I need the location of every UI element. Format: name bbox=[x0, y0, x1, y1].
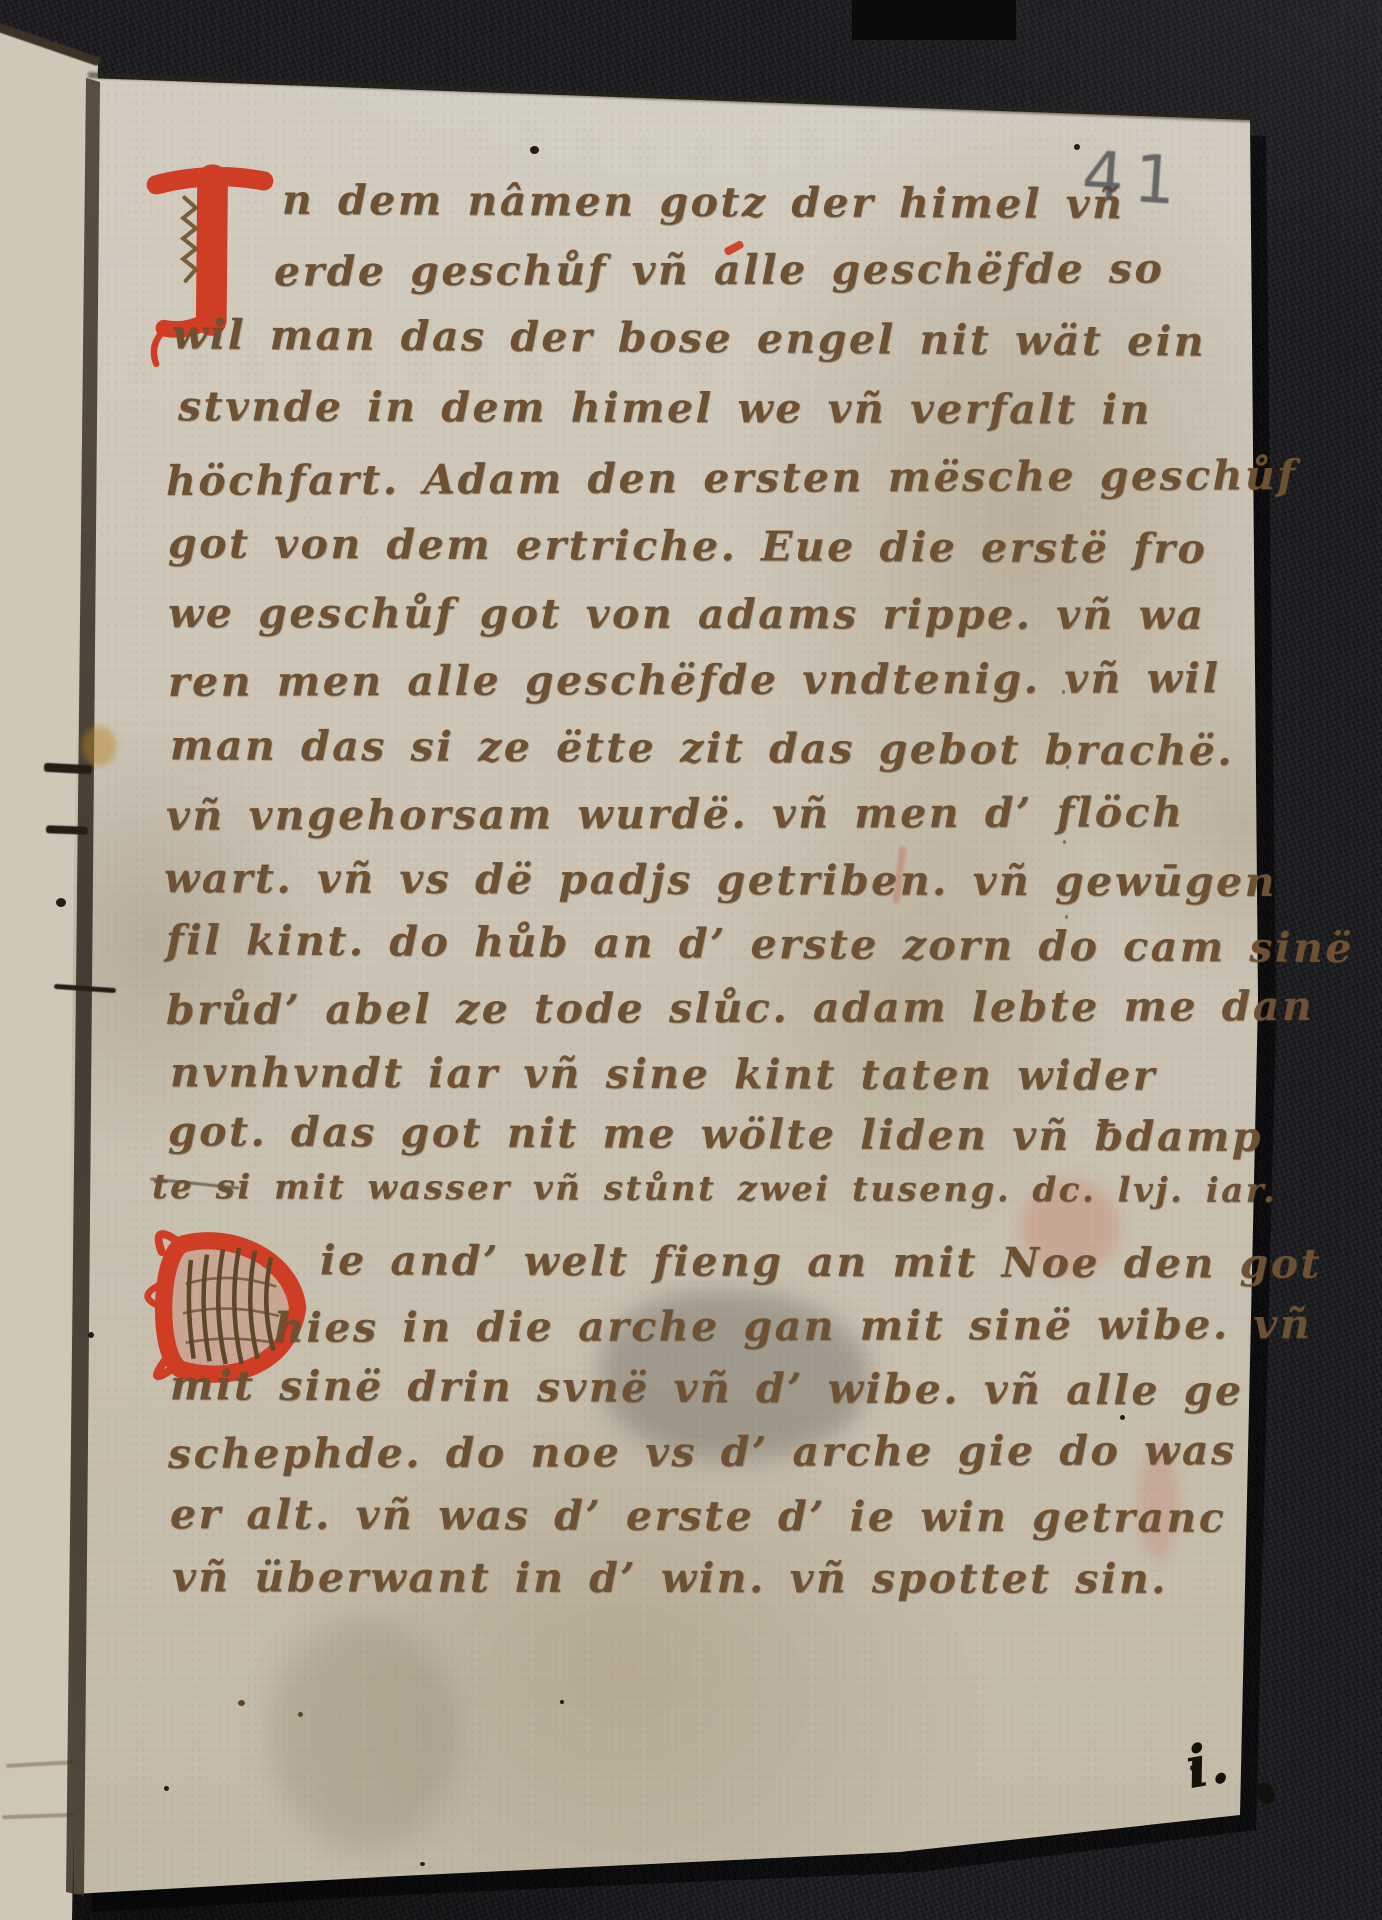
manuscript-line: höchfart. Adam den ersten mësche geschůf bbox=[166, 455, 1298, 502]
manuscript-line: wart. vñ vs dë padjs getriben. vñ gewūge… bbox=[164, 858, 1277, 903]
manuscript-line: ie and’ welt fieng an mit Noe den got bbox=[320, 1240, 1322, 1284]
manuscript-line: ren men alle geschëfde vndtenig. vñ wil bbox=[168, 658, 1221, 703]
manuscript-line: wil man das der bose engel nit wät ein bbox=[172, 314, 1206, 362]
manuscript-line: brůd’ abel ze tode slůc. adam lebte me d… bbox=[166, 986, 1314, 1031]
manuscript-line: er alt. vñ was d’ erste d’ ie win getran… bbox=[170, 1494, 1226, 1539]
manuscript-line: got von dem ertriche. Eue die erstë fro bbox=[168, 523, 1207, 569]
text-block: n dem nâmen gotz der himel vñ erde gesch… bbox=[0, 0, 1382, 1920]
manuscript-line: nvnhvndt iar vñ sine kint taten wider bbox=[170, 1052, 1157, 1096]
manuscript-line: we geschůf got von adams rippe. vñ wa bbox=[168, 593, 1205, 636]
manuscript-line: schephde. do noe vs d’ arche gie do was bbox=[168, 1430, 1237, 1475]
manuscript-line: stvnde in dem himel we vñ verfalt in bbox=[178, 386, 1152, 430]
manuscript-line: n dem nâmen gotz der himel vñ bbox=[282, 180, 1125, 225]
manuscript-line: hies in die arche gan mit sinë wibe. vñ bbox=[274, 1304, 1312, 1349]
manuscript-line: fil kint. do hůb an d’ erste zorn do cam… bbox=[166, 920, 1354, 969]
manuscript-line: mit sinë drin svnë vñ d’ wibe. vñ alle g… bbox=[170, 1365, 1244, 1412]
manuscript-line: got. das got nit me wölte liden vñ ƀdamp bbox=[168, 1111, 1263, 1158]
ink-blot bbox=[1248, 1756, 1256, 1764]
manuscript-line: vñ vngehorsam wurdë. vñ men d’ flöch bbox=[166, 792, 1185, 837]
manuscript-line: erde geschůf vñ alle geschëfde so bbox=[274, 248, 1164, 292]
manuscript-line: vñ überwant in d’ win. vñ spottet sin. bbox=[172, 1557, 1168, 1600]
manuscript-photo: n dem nâmen gotz der himel vñ erde gesch… bbox=[0, 0, 1382, 1920]
folio-number: 41 bbox=[1080, 142, 1188, 215]
manuscript-line: te si mit wasser vñ stůnt zwei tuseng. d… bbox=[152, 1170, 1277, 1208]
manuscript-line: man das si ze ëtte zit das gebot brachë. bbox=[170, 725, 1234, 772]
